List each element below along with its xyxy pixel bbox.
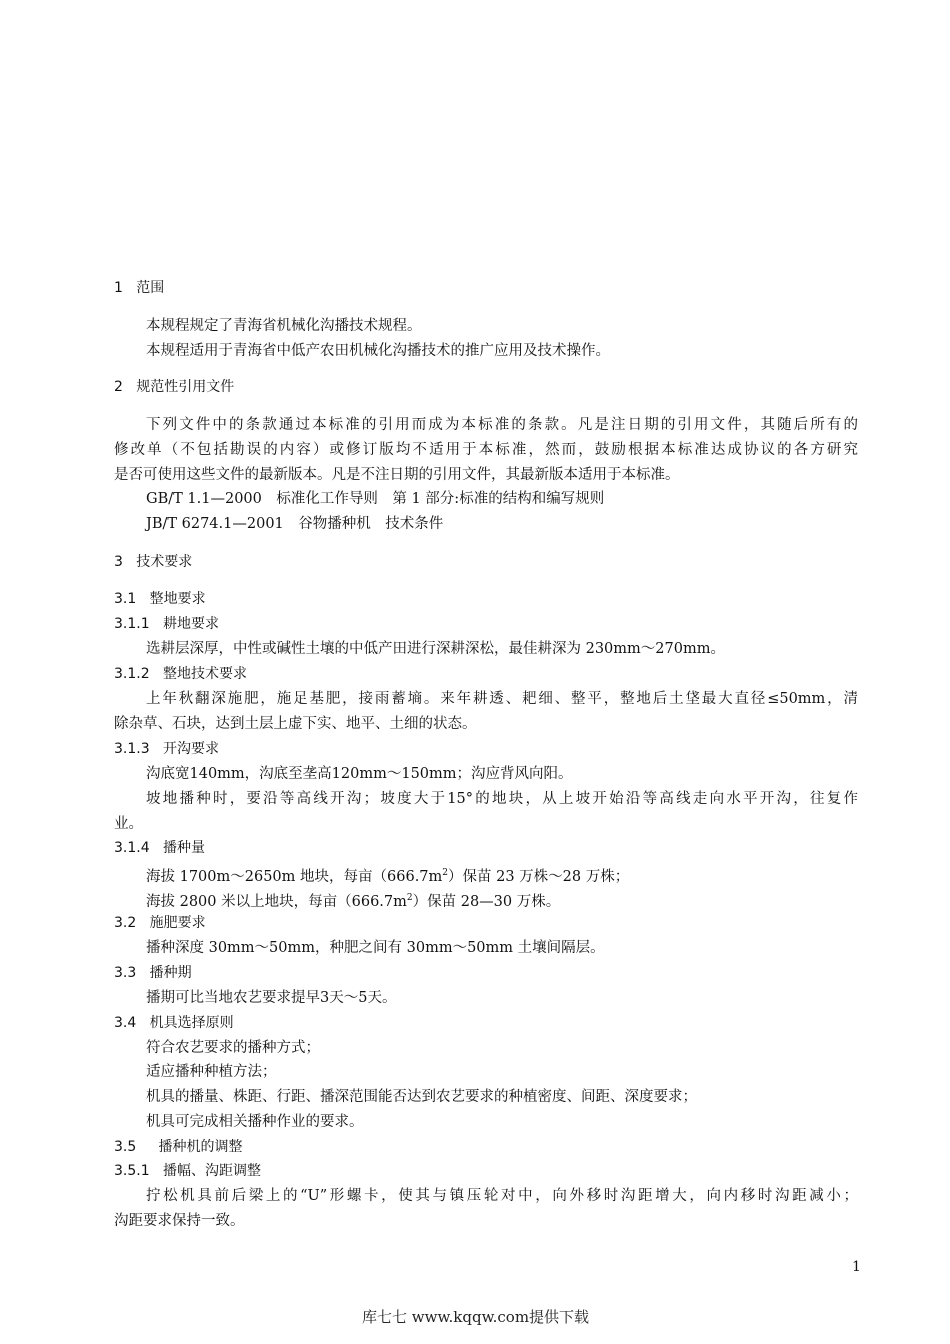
heading-number: 1 xyxy=(114,280,123,296)
section-heading-3: 3 技术要求 xyxy=(114,553,192,571)
paragraph: 选耕层深厚，中性或碱性土壤的中低产田进行深耕深松，最佳耕深为 230mm～270… xyxy=(146,640,725,658)
paragraph: 本规程规定了青海省机械化沟播技术规程。 xyxy=(146,317,422,335)
section-heading-3-3: 3.3 播种期 xyxy=(114,964,192,982)
heading-number: 3 xyxy=(114,554,123,570)
paragraph-continued: 修改单（不包括勘误的内容）或修订版均不适用于本标准，然而，鼓励根据本标准达成协议… xyxy=(114,441,858,459)
document-page: 1 范围 本规程规定了青海省机械化沟播技术规程。 本规程适用于青海省中低产农田机… xyxy=(0,0,950,1344)
section-heading-1: 1 范围 xyxy=(114,279,164,297)
text: ）保苗 28—30 万株。 xyxy=(413,894,561,910)
paragraph: 适应播种种植方法； xyxy=(146,1063,277,1081)
paragraph: 坡地播种时，要沿等高线开沟；坡度大于15°的地块，从上坡开始沿等高线走向水平开沟… xyxy=(146,790,858,808)
heading-number: 3.4 xyxy=(114,1015,136,1031)
paragraph: 上年秋翻深施肥，施足基肥，接雨蓄墒。来年耕透、耙细、整平，整地后土垡最大直径≤5… xyxy=(146,690,858,708)
section-heading-3-5: 3.5 播种机的调整 xyxy=(114,1138,243,1156)
heading-title: 范围 xyxy=(136,280,164,296)
section-heading-3-1-2: 3.1.2 整地技术要求 xyxy=(114,665,247,683)
heading-number: 3.1.1 xyxy=(114,616,150,632)
heading-title: 整地要求 xyxy=(150,591,206,607)
paragraph-continued: 是否可使用这些文件的最新版本。凡是不注日期的引用文件，其最新版本适用于本标准。 xyxy=(114,466,680,484)
text: ）保苗 23 万株～28 万株； xyxy=(448,869,629,885)
normative-reference: GB/T 1.1—2000 标准化工作导则 第 1 部分:标准的结构和编写规则 xyxy=(146,490,604,508)
page-number: 1 xyxy=(852,1259,861,1275)
heading-title: 耕地要求 xyxy=(163,616,219,632)
heading-number: 3.5.1 xyxy=(114,1163,150,1179)
heading-title: 整地技术要求 xyxy=(163,666,247,682)
heading-title: 技术要求 xyxy=(136,554,192,570)
paragraph: 下列文件中的条款通过本标准的引用而成为本标准的条款。凡是注日期的引用文件，其随后… xyxy=(146,416,858,434)
paragraph: 机具的播量、株距、行距、播深范围能否达到农艺要求的种植密度、间距、深度要求； xyxy=(146,1088,697,1106)
section-heading-3-1-1: 3.1.1 耕地要求 xyxy=(114,615,219,633)
paragraph: 符合农艺要求的播种方式； xyxy=(146,1039,320,1057)
heading-title: 播种机的调整 xyxy=(159,1139,243,1155)
heading-title: 规范性引用文件 xyxy=(136,379,234,395)
heading-title: 施肥要求 xyxy=(150,915,206,931)
section-heading-2: 2 规范性引用文件 xyxy=(114,378,234,396)
heading-number: 3.3 xyxy=(114,965,136,981)
paragraph: 本规程适用于青海省中低产农田机械化沟播技术的推广应用及技术操作。 xyxy=(146,342,610,360)
heading-number: 3.1 xyxy=(114,591,136,607)
heading-number: 3.2 xyxy=(114,915,136,931)
paragraph: 播种深度 30mm～50mm，种肥之间有 30mm～50mm 土壤间隔层。 xyxy=(146,939,605,957)
section-heading-3-1: 3.1 整地要求 xyxy=(114,590,206,608)
footer-watermark: 库七七 www.kqqw.com提供下载 xyxy=(362,1306,589,1327)
paragraph: 拧松机具前后梁上的“U”形螺卡，使其与镇压轮对中，向外移时沟距增大，向内移时沟距… xyxy=(146,1187,858,1205)
section-heading-3-2: 3.2 施肥要求 xyxy=(114,914,206,932)
text: 海拔 1700m～2650m 地块，每亩（666.7m xyxy=(146,869,442,885)
paragraph-continued: 业。 xyxy=(114,815,143,833)
section-heading-3-1-4: 3.1.4 播种量 xyxy=(114,839,205,857)
heading-title: 开沟要求 xyxy=(163,741,219,757)
heading-title: 播种量 xyxy=(163,840,205,856)
paragraph-continued: 沟距要求保持一致。 xyxy=(114,1212,245,1230)
normative-reference: JB/T 6274.1—2001 谷物播种机 技术条件 xyxy=(146,515,443,533)
paragraph: 海拔 2800 米以上地块，每亩（666.7m2）保苗 28—30 万株。 xyxy=(146,889,560,911)
heading-title: 播种期 xyxy=(150,965,192,981)
heading-title: 机具选择原则 xyxy=(150,1015,234,1031)
section-heading-3-1-3: 3.1.3 开沟要求 xyxy=(114,740,219,758)
heading-title: 播幅、沟距调整 xyxy=(163,1163,261,1179)
heading-number: 3.1.4 xyxy=(114,840,150,856)
heading-number: 3.1.3 xyxy=(114,741,150,757)
paragraph: 沟底宽140mm，沟底至垄高120mm～150mm；沟应背风向阳。 xyxy=(146,765,573,783)
paragraph: 播期可比当地农艺要求提早3天～5天。 xyxy=(146,989,396,1007)
section-heading-3-5-1: 3.5.1 播幅、沟距调整 xyxy=(114,1162,261,1180)
text: 海拔 2800 米以上地块，每亩（666.7m xyxy=(146,894,407,910)
paragraph-continued: 除杂草、石块，达到土层上虚下实、地平、土细的状态。 xyxy=(114,715,477,733)
heading-number: 3.1.2 xyxy=(114,666,150,682)
heading-number: 3.5 xyxy=(114,1139,136,1155)
paragraph: 机具可完成相关播种作业的要求。 xyxy=(146,1113,364,1131)
paragraph: 海拔 1700m～2650m 地块，每亩（666.7m2）保苗 23 万株～28… xyxy=(146,864,629,886)
heading-number: 2 xyxy=(114,379,123,395)
section-heading-3-4: 3.4 机具选择原则 xyxy=(114,1014,234,1032)
